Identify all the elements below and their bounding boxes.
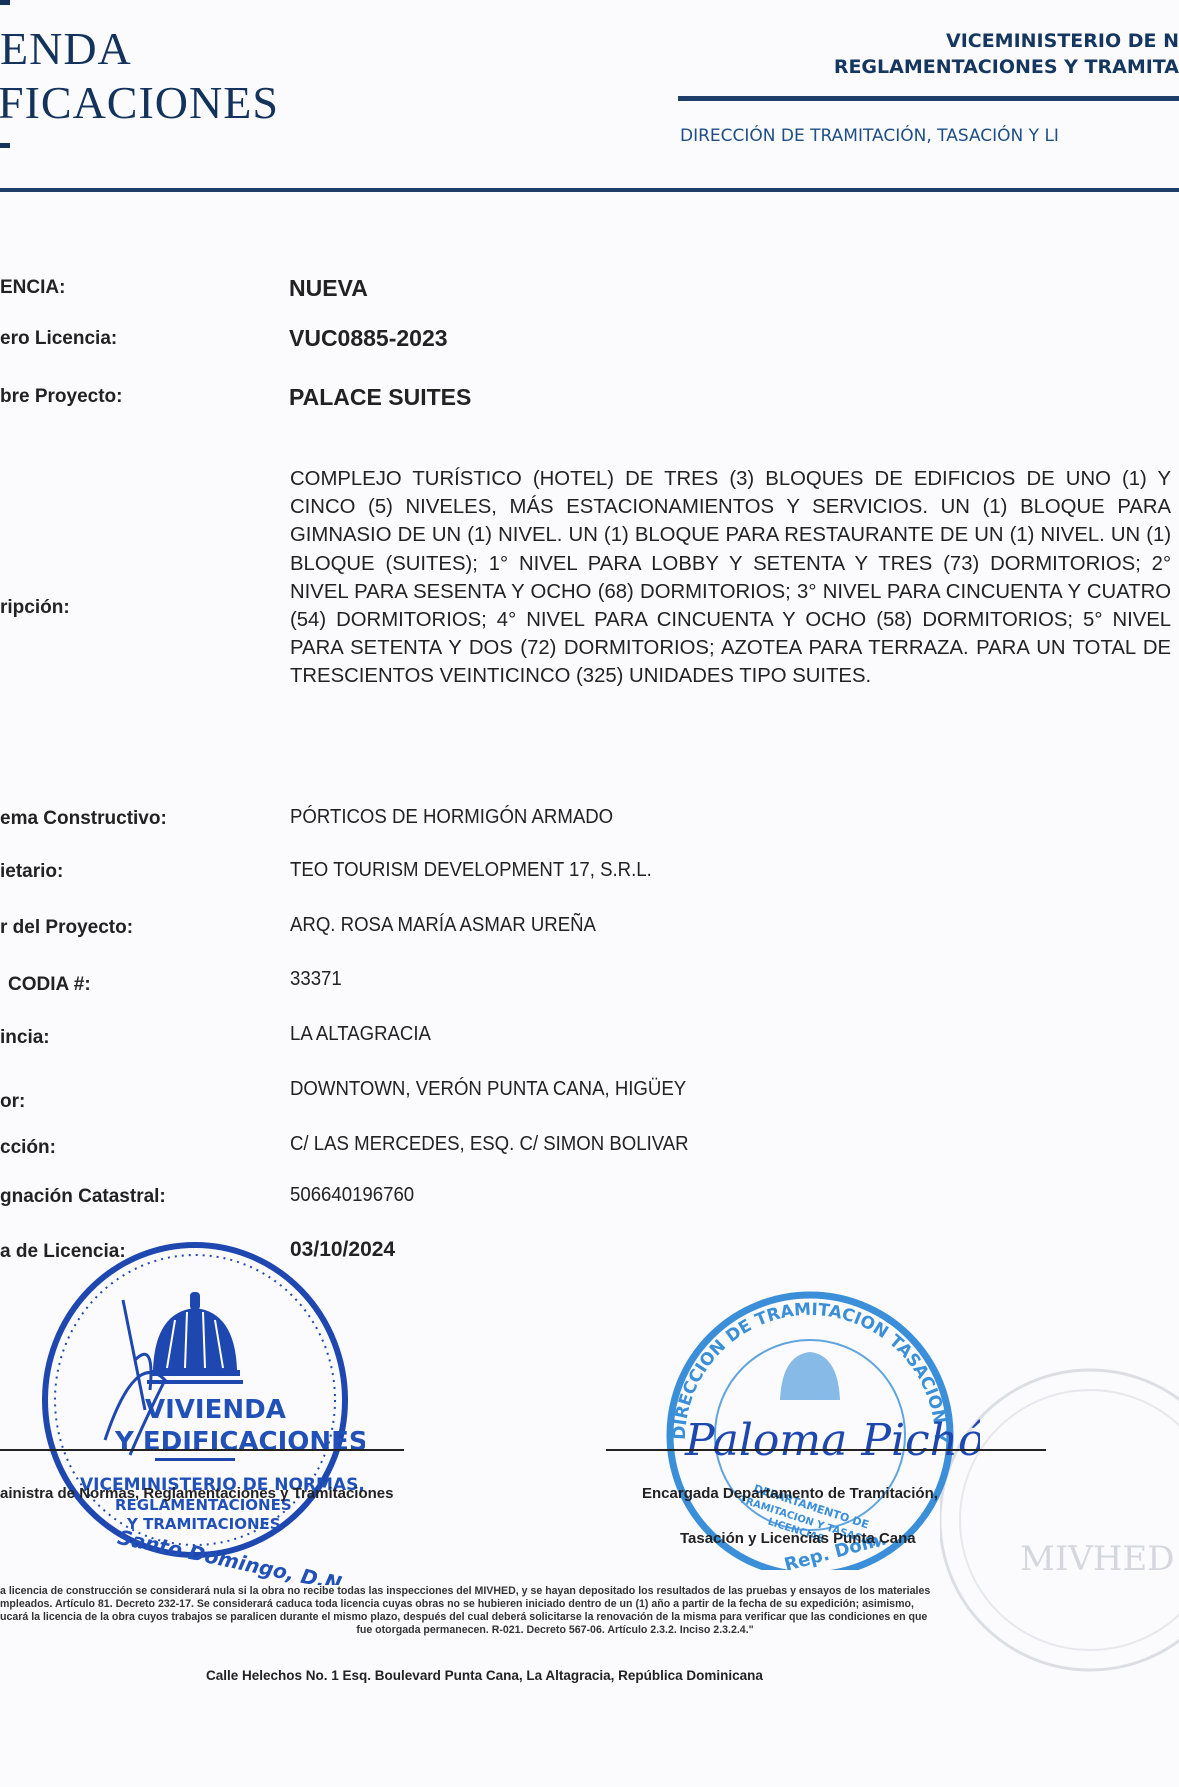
field-label-project-director: r del Proyecto:	[0, 917, 133, 939]
svg-text:Y EDIFICACIONES: Y EDIFICACIONES	[114, 1427, 365, 1457]
field-value-description: COMPLEJO TURÍSTICO (HOTEL) DE TRES (3) B…	[290, 465, 1171, 691]
field-value-project-name: PALACE SUITES	[289, 384, 471, 411]
signature-right: Paloma Pichón	[684, 1415, 980, 1466]
field-label-license-number: ero Licencia:	[0, 328, 117, 350]
field-value-sector: DOWNTOWN, VERÓN PUNTA CANA, HIGÜEY	[290, 1078, 686, 1101]
footnote-line-1: a licencia de construcción se considerar…	[0, 1585, 1110, 1598]
field-value-project-director: ARQ. ROSA MARÍA ASMAR UREÑA	[290, 914, 596, 937]
field-value-license-type: NUEVA	[289, 275, 368, 302]
header-ministry-line-1: VICEMINISTERIO DE N	[946, 30, 1179, 52]
footnote-line-3: ucará la licencia de la obra cuyos traba…	[0, 1611, 1110, 1624]
footnote-line-4: fue otorgada permanecen. R-021. Decreto …	[0, 1624, 1110, 1637]
field-label-license-type: ENCIA:	[0, 277, 65, 299]
field-label-project-name: bre Proyecto:	[0, 386, 122, 408]
dome-icon	[147, 1292, 243, 1384]
field-value-codia: 33371	[290, 968, 342, 991]
field-label-province: incia:	[0, 1027, 50, 1049]
header-rule-full	[0, 188, 1179, 192]
field-label-cadastral: gnación Catastral:	[0, 1186, 166, 1208]
signature-line-right	[606, 1449, 1046, 1451]
footer-address: Calle Helechos No. 1 Esq. Boulevard Punt…	[206, 1668, 763, 1683]
stamp-viceministry: VIVIENDA Y EDIFICACIONES VICEMINISTERIO …	[35, 1240, 365, 1585]
signature-caption-left: ainistra de Normas, Reglamentaciones y T…	[0, 1485, 394, 1502]
field-value-cadastral: 506640196760	[290, 1184, 414, 1207]
field-label-construction-system: ema Constructivo:	[0, 808, 167, 830]
signature-caption-right-1: Encargada Departamento de Tramitación,	[642, 1485, 938, 1502]
field-label-description: ripción:	[0, 597, 70, 619]
svg-text:VIVIENDA: VIVIENDA	[145, 1395, 286, 1425]
signature-line-left	[0, 1449, 404, 1451]
header-direction: DIRECCIÓN DE TRAMITACIÓN, TASACIÓN Y LI	[680, 126, 1059, 146]
field-value-owner: TEO TOURISM DEVELOPMENT 17, S.R.L.	[290, 859, 652, 882]
signature-caption-right-2: Tasación y Licencias Punta Cana	[680, 1530, 916, 1547]
field-value-address: C/ LAS MERCEDES, ESQ. C/ SIMON BOLIVAR	[290, 1133, 689, 1156]
logo-bar-top	[0, 0, 10, 5]
field-label-address: cción:	[0, 1137, 56, 1159]
field-value-province: LA ALTAGRACIA	[290, 1023, 431, 1046]
logo-line-1: ENDA	[0, 26, 132, 72]
header-ministry-line-2: REGLAMENTACIONES Y TRAMITA	[834, 56, 1179, 78]
header-rule-short	[678, 96, 1179, 101]
field-value-license-number: VUC0885-2023	[289, 325, 448, 352]
field-label-owner: ietario:	[0, 861, 63, 883]
field-label-sector: or:	[0, 1091, 25, 1113]
svg-text:MIVHED: MIVHED	[1020, 1539, 1175, 1579]
field-label-codia: CODIA #:	[8, 974, 91, 996]
logo-line-2: FICACIONES	[0, 80, 279, 126]
svg-text:Santo Domingo, D.N.: Santo Domingo, D.N.	[115, 1525, 351, 1585]
field-value-construction-system: PÓRTICOS DE HORMIGÓN ARMADO	[290, 806, 613, 829]
logo-bar-bottom	[0, 143, 10, 148]
footnote-line-2: mpleados. Artículo 81. Decreto 232-17. S…	[0, 1598, 1100, 1611]
stamp-direction: DIRECCION DE TRAMITACION TASACION Y LICE…	[640, 1270, 980, 1570]
